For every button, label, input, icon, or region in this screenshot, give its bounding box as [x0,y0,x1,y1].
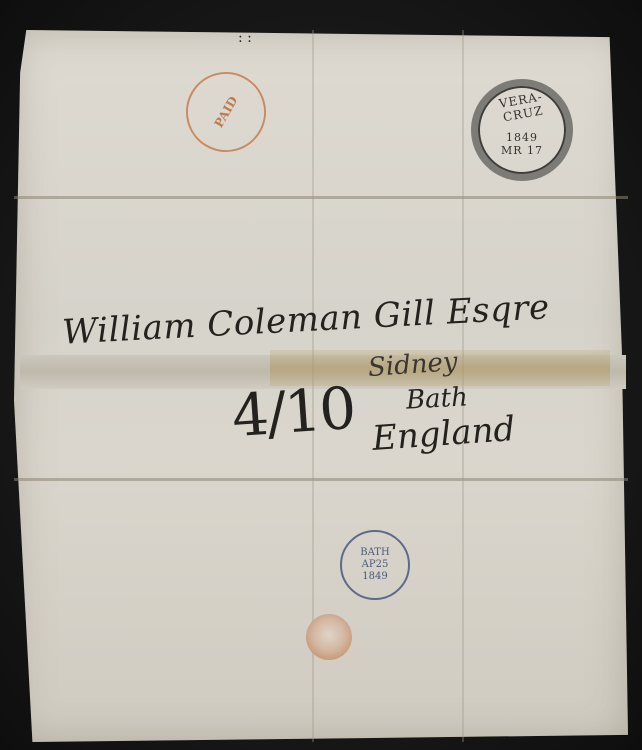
bath-town: BATH [360,547,389,559]
postage-rate-marking: 4/10 [230,374,357,450]
bath-arrival-postmark: BATH AP25 1849 [340,530,410,600]
fold-crease [14,478,628,481]
bath-date: AP25 [362,559,389,571]
fold-crease [14,196,628,199]
vera-cruz-postmark: VERA-CRUZ 1849 MR 17 [478,86,566,174]
top-ink-marks: : : [238,30,252,46]
vera-cruz-year: 1849 [506,131,538,144]
address-line-3: Bath [405,382,468,415]
bath-year: 1849 [362,571,387,583]
wax-seal-remnant [306,614,352,660]
address-line-2: Sidney [367,347,458,383]
red-postmark-text: PAID [212,94,241,130]
vera-cruz-date: MR 17 [501,144,543,157]
